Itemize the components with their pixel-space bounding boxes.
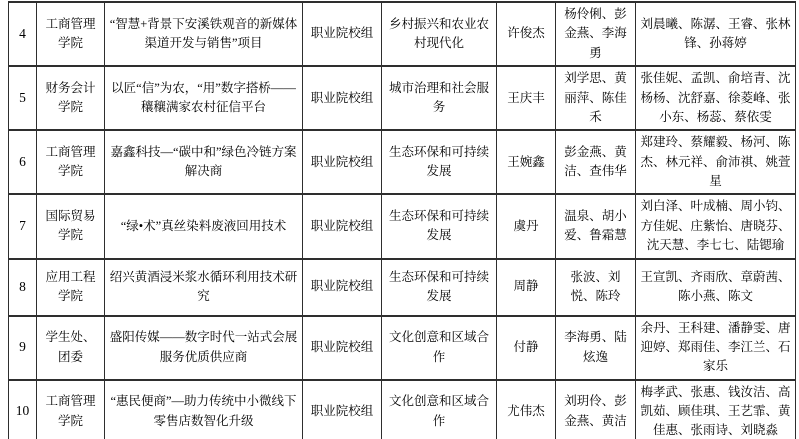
table-row: 6 工商管理学院 嘉鑫科技—“碳中和”绿色冷链方案解决商 职业院校组 生态环保和… xyxy=(9,130,796,194)
cell-group: 职业院校组 xyxy=(303,130,382,194)
cell-department: 工商管理学院 xyxy=(37,130,105,194)
table-row: 9 学生处、团委 盛阳传媒——数字时代一站式会展服务优质供应商 职业院校组 文化… xyxy=(9,316,796,380)
table-body: 4 工商管理学院 “智慧+背景下安溪铁观音的新媒体渠道开发与销售”项目 职业院校… xyxy=(9,2,796,439)
cell-group: 职业院校组 xyxy=(303,259,382,316)
cell-theme: 文化创意和区域合作 xyxy=(382,380,497,439)
cell-members-first: 彭金燕、黄洁、查伟华 xyxy=(556,130,636,194)
cell-members-second: 梅孝武、张惠、钱汝洁、高凯茹、顾佳琪、王艺霏、黄佳惠、张雨诗、刘晓淼 xyxy=(636,380,796,439)
cell-leader: 王庆丰 xyxy=(497,66,556,130)
cell-row-number: 6 xyxy=(9,130,37,194)
cell-theme: 生态环保和可持续发展 xyxy=(382,259,497,316)
cell-project-title: “智慧+背景下安溪铁观音的新媒体渠道开发与销售”项目 xyxy=(105,2,303,66)
cell-row-number: 8 xyxy=(9,259,37,316)
cell-members-first: 李海勇、陆炫逸 xyxy=(556,316,636,380)
cell-theme: 生态环保和可持续发展 xyxy=(382,194,497,258)
cell-leader: 虞丹 xyxy=(497,194,556,258)
table-row: 7 国际贸易学院 “绿•术”真丝染料废液回用技术 职业院校组 生态环保和可持续发… xyxy=(9,194,796,258)
cell-group: 职业院校组 xyxy=(303,316,382,380)
table-row: 4 工商管理学院 “智慧+背景下安溪铁观音的新媒体渠道开发与销售”项目 职业院校… xyxy=(9,2,796,66)
table-row: 8 应用工程学院 绍兴黄酒浸米浆水循环利用技术研究 职业院校组 生态环保和可持续… xyxy=(9,259,796,316)
cell-members-second: 郑建玲、蔡耀毅、杨河、陈杰、林元祥、俞沛祺、姚萱星 xyxy=(636,130,796,194)
cell-group: 职业院校组 xyxy=(303,194,382,258)
cell-project-title: “惠民便商”—助力传统中小微线下零售店数智化升级 xyxy=(105,380,303,439)
cell-members-second: 张佳妮、孟凯、俞培青、沈杨杨、沈舒嘉、徐菱峰、张小东、杨蕊、蔡依雯 xyxy=(636,66,796,130)
cell-leader: 许俊杰 xyxy=(497,2,556,66)
cell-members-second: 刘晨曦、陈潺、王睿、张林锋、孙蒋婷 xyxy=(636,2,796,66)
cell-members-second: 王宣凯、齐雨欣、章蔚茜、陈小燕、陈文 xyxy=(636,259,796,316)
cell-members-first: 刘学思、黄丽萍、陈佳禾 xyxy=(556,66,636,130)
cell-department: 应用工程学院 xyxy=(37,259,105,316)
cell-theme: 文化创意和区域合作 xyxy=(382,316,497,380)
cell-row-number: 10 xyxy=(9,380,37,439)
cell-leader: 周静 xyxy=(497,259,556,316)
cell-members-first: 刘玥伶、彭金燕、黄洁 xyxy=(556,380,636,439)
cell-theme: 城市治理和社会服务 xyxy=(382,66,497,130)
cell-row-number: 9 xyxy=(9,316,37,380)
cell-theme: 生态环保和可持续发展 xyxy=(382,130,497,194)
cell-department: 工商管理学院 xyxy=(37,380,105,439)
cell-row-number: 7 xyxy=(9,194,37,258)
cell-row-number: 5 xyxy=(9,66,37,130)
cell-members-first: 杨伶俐、彭金燕、李海勇 xyxy=(556,2,636,66)
cell-project-title: 嘉鑫科技—“碳中和”绿色冷链方案解决商 xyxy=(105,130,303,194)
table-row: 5 财务会计学院 以匠“信”为农，“用”数字搭桥——穰穰满家农村征信平台 职业院… xyxy=(9,66,796,130)
cell-department: 财务会计学院 xyxy=(37,66,105,130)
cell-leader: 付静 xyxy=(497,316,556,380)
cell-members-second: 余丹、王科建、潘静雯、唐迎婷、郑雨佳、李江兰、石家乐 xyxy=(636,316,796,380)
cell-project-title: “绿•术”真丝染料废液回用技术 xyxy=(105,194,303,258)
cell-group: 职业院校组 xyxy=(303,66,382,130)
cell-theme: 乡村振兴和农业农村现代化 xyxy=(382,2,497,66)
cell-department: 学生处、团委 xyxy=(37,316,105,380)
cell-project-title: 绍兴黄酒浸米浆水循环利用技术研究 xyxy=(105,259,303,316)
cell-members-first: 张波、刘悦、陈玲 xyxy=(556,259,636,316)
table-row: 10 工商管理学院 “惠民便商”—助力传统中小微线下零售店数智化升级 职业院校组… xyxy=(9,380,796,439)
cell-group: 职业院校组 xyxy=(303,380,382,439)
cell-members-first: 温泉、胡小爱、鲁霜慧 xyxy=(556,194,636,258)
cell-leader: 尤伟杰 xyxy=(497,380,556,439)
cell-project-title: 盛阳传媒——数字时代一站式会展服务优质供应商 xyxy=(105,316,303,380)
cell-department: 工商管理学院 xyxy=(37,2,105,66)
project-award-table: 4 工商管理学院 “智慧+背景下安溪铁观音的新媒体渠道开发与销售”项目 职业院校… xyxy=(8,1,796,439)
cell-department: 国际贸易学院 xyxy=(37,194,105,258)
cell-members-second: 刘白泽、叶成楠、周小钧、方佳妮、庄紫怡、唐晓芬、沈天慧、李七七、陆锶瑜 xyxy=(636,194,796,258)
cell-project-title: 以匠“信”为农，“用”数字搭桥——穰穰满家农村征信平台 xyxy=(105,66,303,130)
cell-leader: 王婉鑫 xyxy=(497,130,556,194)
cell-row-number: 4 xyxy=(9,2,37,66)
cell-group: 职业院校组 xyxy=(303,2,382,66)
